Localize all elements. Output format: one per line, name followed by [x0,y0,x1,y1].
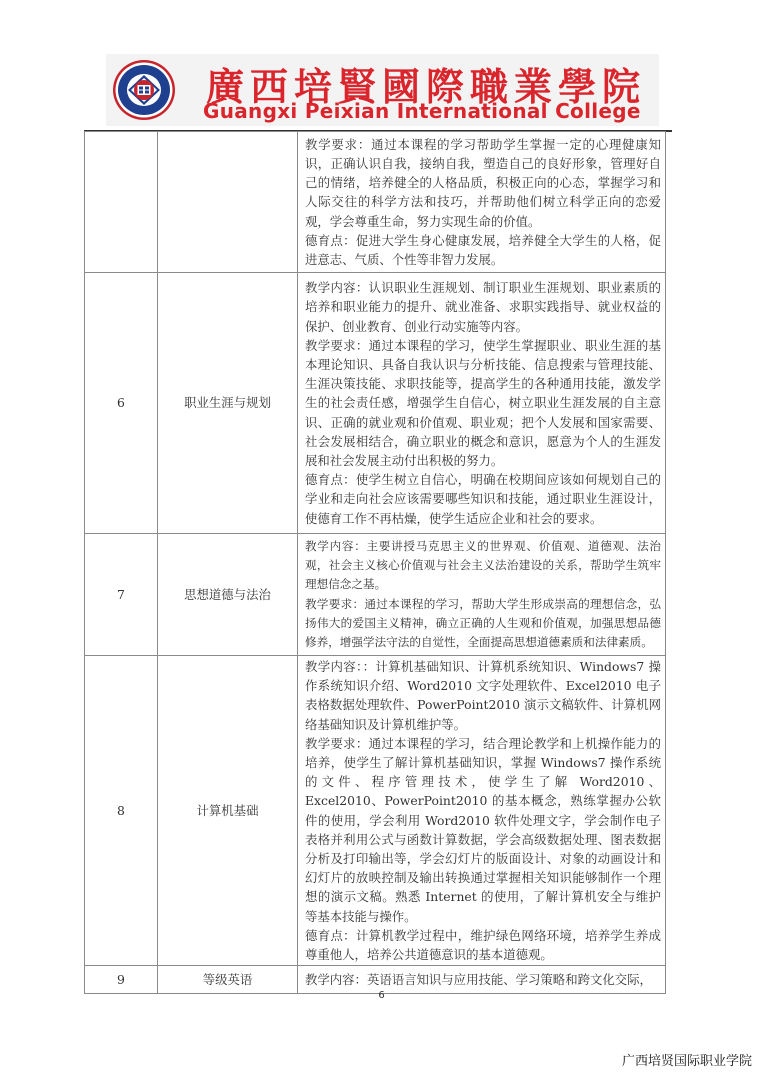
description-paragraph: 教学内容：：计算机基础知识、计算机系统知识、Windows7 操作系统知识介绍、… [305,657,661,734]
table-row: 教学要求：通过本课程的学习帮助学生掌握一定的心理健康知识，正确认识自我，接纳自我… [85,132,666,273]
description-paragraph: 德育点：使学生树立自信心，明确在校期间应该如何规划自己的学业和走向社会应该需要哪… [305,470,661,528]
course-description: 教学内容：：计算机基础知识、计算机系统知识、Windows7 操作系统知识介绍、… [298,656,666,966]
course-number [85,132,158,273]
course-number: 7 [85,534,158,656]
description-paragraph: 教学内容：英语语言知识与应用技能、学习策略和跨文化交际， [305,970,661,989]
course-name: 思想道德与法治 [158,534,298,656]
course-number: 6 [85,273,158,534]
course-description: 教学内容：认识职业生涯规划、制订职业生涯规划、职业素质的培养和职业能力的提升、就… [298,273,666,534]
description-paragraph: 教学内容：认识职业生涯规划、制订职业生涯规划、职业素质的培养和职业能力的提升、就… [305,278,661,336]
course-description: 教学内容：主要讲授马克思主义的世界观、价值观、道德观、法治观，社会主义核心价值观… [298,534,666,656]
table-row: 6 职业生涯与规划 教学内容：认识职业生涯规划、制订职业生涯规划、职业素质的培养… [85,273,666,534]
course-name: 职业生涯与规划 [158,273,298,534]
description-paragraph: 教学要求：通过本课程的学习帮助学生掌握一定的心理健康知识，正确认识自我，接纳自我… [305,135,661,231]
description-paragraph: 德育点：促进大学生身心健康发展，培养健全大学生的人格，促进意志、气质、个性等非智… [305,231,661,269]
table-row: 7 思想道德与法治 教学内容：主要讲授马克思主义的世界观、价值观、道德观、法治观… [85,534,666,656]
curriculum-table: 教学要求：通过本课程的学习帮助学生掌握一定的心理健康知识，正确认识自我，接纳自我… [84,131,666,994]
description-paragraph: 教学内容：主要讲授马克思主义的世界观、价值观、道德观、法治观，社会主义核心价值观… [305,537,661,595]
description-paragraph: 教学要求：通过本课程的学习，结合理论教学和上机操作能力的培养，使学生了解计算机基… [305,734,661,926]
course-name: 计算机基础 [158,656,298,966]
course-description: 教学要求：通过本课程的学习帮助学生掌握一定的心理健康知识，正确认识自我，接纳自我… [298,132,666,273]
footer-organization: 广西培贤国际职业学院 [622,1050,752,1069]
college-emblem-icon [112,58,176,122]
college-name-english: Guangxi Peixian International College [203,99,641,123]
description-paragraph: 教学要求：通过本课程的学习，使学生掌握职业、职业生涯的基本理论知识、具备自我认识… [305,336,661,470]
description-paragraph: 教学要求：通过本课程的学习，帮助大学生形成崇高的理想信念，弘扬伟大的爱国主义精神… [305,595,661,653]
course-name [158,132,298,273]
table-row: 8 计算机基础 教学内容：：计算机基础知识、计算机系统知识、Windows7 操… [85,656,666,966]
description-paragraph: 德育点：计算机教学过程中，维护绿色网络环境，培养学生养成尊重他人，培养公共道德意… [305,926,661,964]
college-header-banner: 廣西培賢國際職業學院 Guangxi Peixian International… [106,54,659,126]
page-number: 6 [0,990,763,1001]
course-number: 8 [85,656,158,966]
